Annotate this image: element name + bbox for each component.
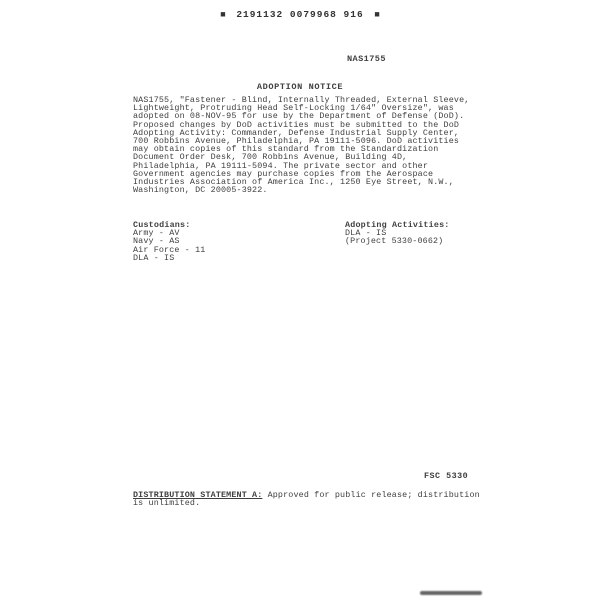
doc-number: NAS1755 xyxy=(347,54,386,64)
scanned-document-page: ■ 2191132 0079968 916 ■ NAS1755 ADOPTION… xyxy=(0,0,600,600)
scan-artifact xyxy=(420,591,482,595)
document-id-number: 2191132 0079968 916 xyxy=(236,9,363,20)
barcode-end-mark: ■ xyxy=(370,10,383,20)
document-id-code: ■ 2191132 0079968 916 ■ xyxy=(0,9,600,20)
notice-body: NAS1755, "Fastener - Blind, Internally T… xyxy=(133,96,481,194)
adopting-activities-section: Adopting Activities: DLA - IS (Project 5… xyxy=(345,221,450,246)
distribution-statement: DISTRIBUTION STATEMENT A: Approved for p… xyxy=(133,491,495,508)
body-line: Washington, DC 20005-3922. xyxy=(133,186,481,194)
page-title: ADOPTION NOTICE xyxy=(0,82,600,92)
fsc-code: FSC 5330 xyxy=(424,471,468,481)
barcode-start-mark: ■ xyxy=(216,10,229,20)
project-number: (Project 5330-0662) xyxy=(345,237,450,245)
custodians-section: Custodians: Army - AV Navy - AS Air Forc… xyxy=(133,221,205,262)
custodian-item: DLA - IS xyxy=(133,254,205,262)
